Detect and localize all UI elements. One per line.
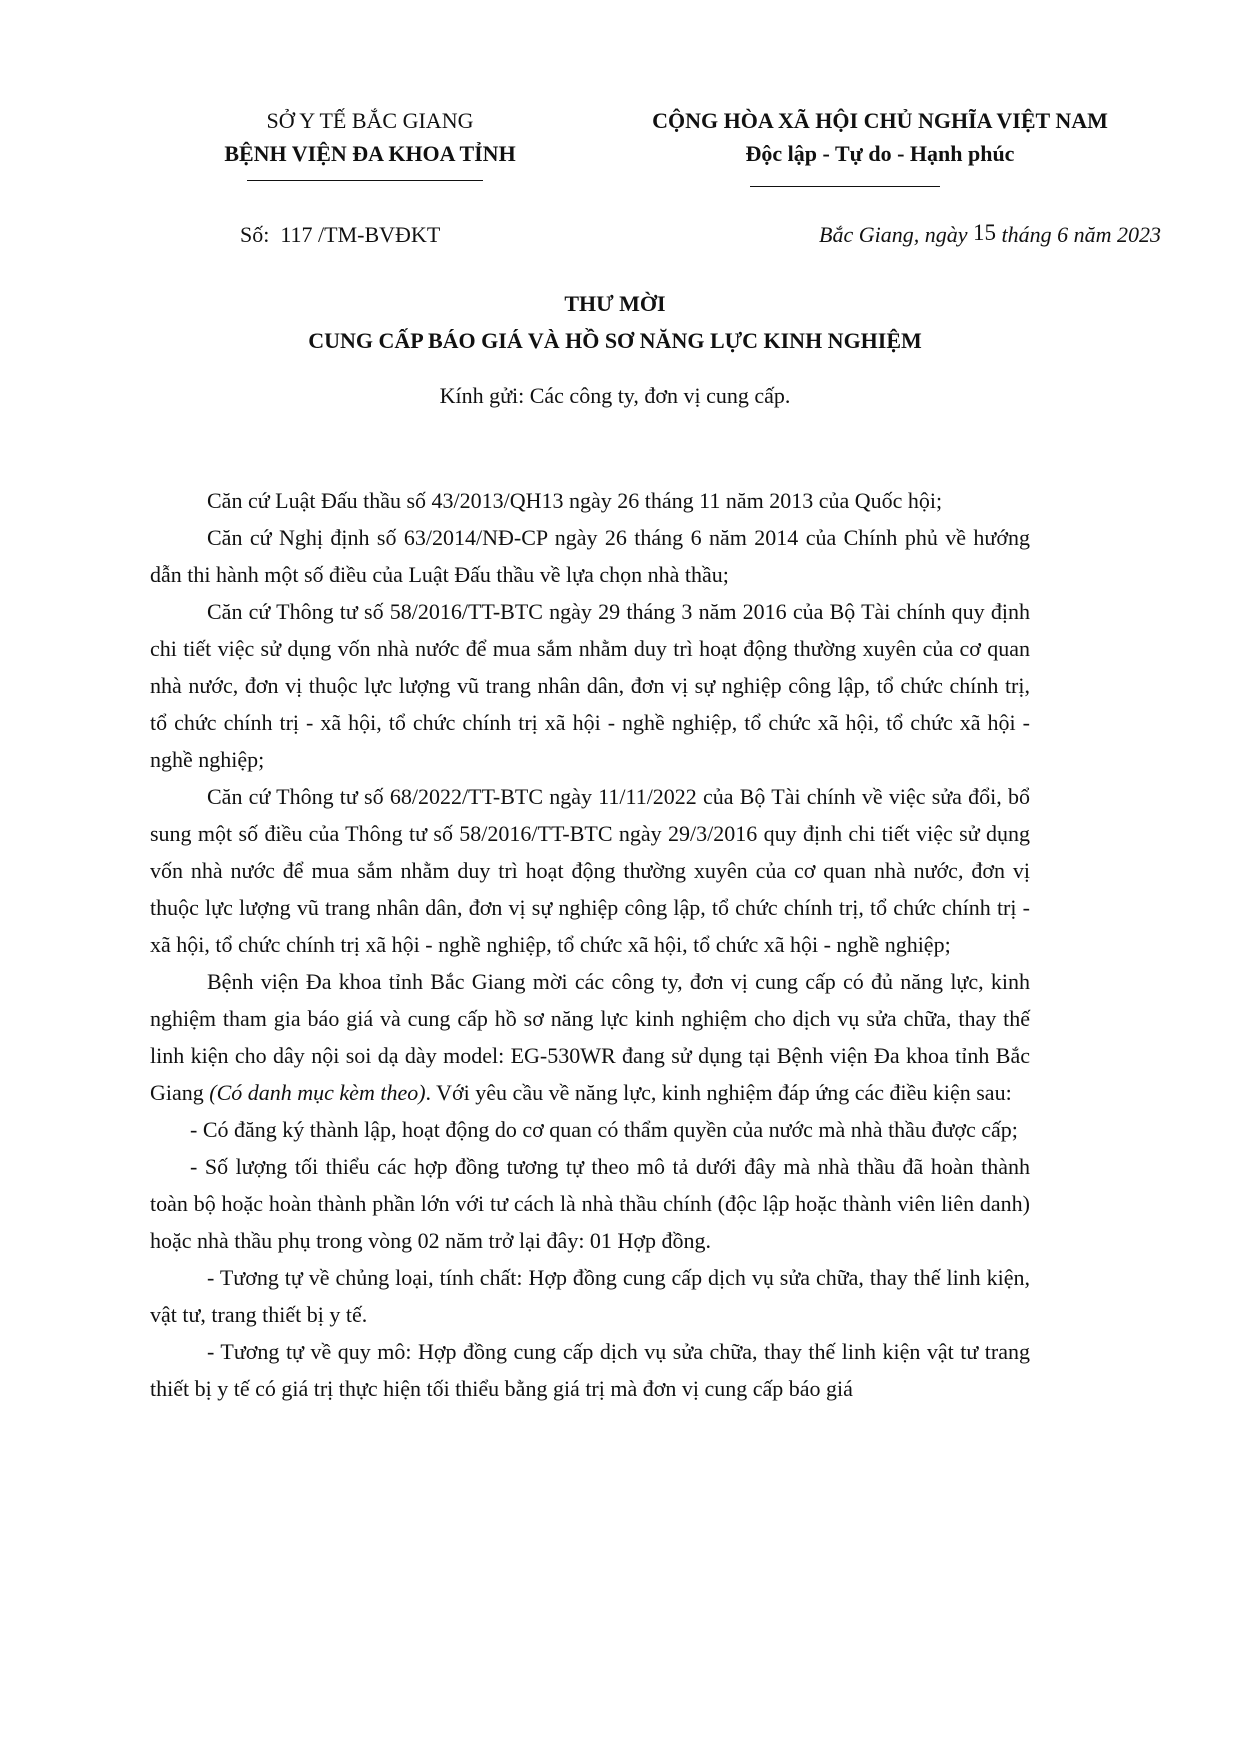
national-motto: Độc lập - Tự do - Hạnh phúc xyxy=(575,137,1185,170)
doc-code: /TM-BVĐKT xyxy=(318,222,440,247)
motto-underline xyxy=(750,186,940,187)
requirement-item: - Có đăng ký thành lập, hoạt động do cơ … xyxy=(150,1111,1030,1148)
requirement-item: - Tương tự về chủng loại, tính chất: Hợp… xyxy=(150,1259,1030,1333)
issuer-block: SỞ Y TẾ BẮC GIANG BỆNH VIỆN ĐA KHOA TỈNH xyxy=(180,104,560,170)
legal-basis-paragraph: Căn cứ Thông tư số 58/2016/TT-BTC ngày 2… xyxy=(150,593,1030,778)
document-number: Số: 117 /TM-BVĐKT xyxy=(240,222,440,248)
document-body: Căn cứ Luật Đấu thầu số 43/2013/QH13 ngà… xyxy=(150,482,1030,1407)
date-day: 15 xyxy=(973,220,996,245)
organization-name: BỆNH VIỆN ĐA KHOA TỈNH xyxy=(180,137,560,170)
document-page: SỞ Y TẾ BẮC GIANG BỆNH VIỆN ĐA KHOA TỈNH… xyxy=(0,0,1241,1756)
document-title: THƯ MỜI CUNG CẤP BÁO GIÁ VÀ HỒ SƠ NĂNG L… xyxy=(150,285,1080,359)
attachment-note: (Có danh mục kèm theo) xyxy=(209,1080,425,1105)
requirement-item: - Tương tự về quy mô: Hợp đồng cung cấp … xyxy=(150,1333,1030,1407)
national-header: CỘNG HÒA XÃ HỘI CHỦ NGHĨA VIỆT NAM Độc l… xyxy=(575,104,1185,170)
requirement-item: - Số lượng tối thiểu các hợp đồng tương … xyxy=(150,1148,1030,1259)
country-name: CỘNG HÒA XÃ HỘI CHỦ NGHĨA VIỆT NAM xyxy=(575,104,1185,137)
legal-basis-paragraph: Căn cứ Luật Đấu thầu số 43/2013/QH13 ngà… xyxy=(150,482,1030,519)
doc-number-label: Số: xyxy=(240,222,269,247)
department-name: SỞ Y TẾ BẮC GIANG xyxy=(180,104,560,137)
title-line-1: THƯ MỜI xyxy=(150,285,1080,322)
date-month: 6 xyxy=(1057,222,1068,247)
legal-basis-paragraph: Căn cứ Thông tư số 68/2022/TT-BTC ngày 1… xyxy=(150,778,1030,963)
legal-basis-paragraph: Căn cứ Nghị định số 63/2014/NĐ-CP ngày 2… xyxy=(150,519,1030,593)
invitation-paragraph: Bệnh viện Đa khoa tỉnh Bắc Giang mời các… xyxy=(150,963,1030,1111)
document-date: Bắc Giang, ngày 15 tháng 6 năm 2023 xyxy=(819,222,1161,248)
doc-number-value: 117 xyxy=(280,222,312,247)
date-year: 2023 xyxy=(1117,222,1161,247)
recipient-greeting: Kính gửi: Các công ty, đơn vị cung cấp. xyxy=(150,383,1080,409)
issuer-underline xyxy=(247,180,483,181)
title-line-2: CUNG CẤP BÁO GIÁ VÀ HỒ SƠ NĂNG LỰC KINH … xyxy=(150,322,1080,359)
